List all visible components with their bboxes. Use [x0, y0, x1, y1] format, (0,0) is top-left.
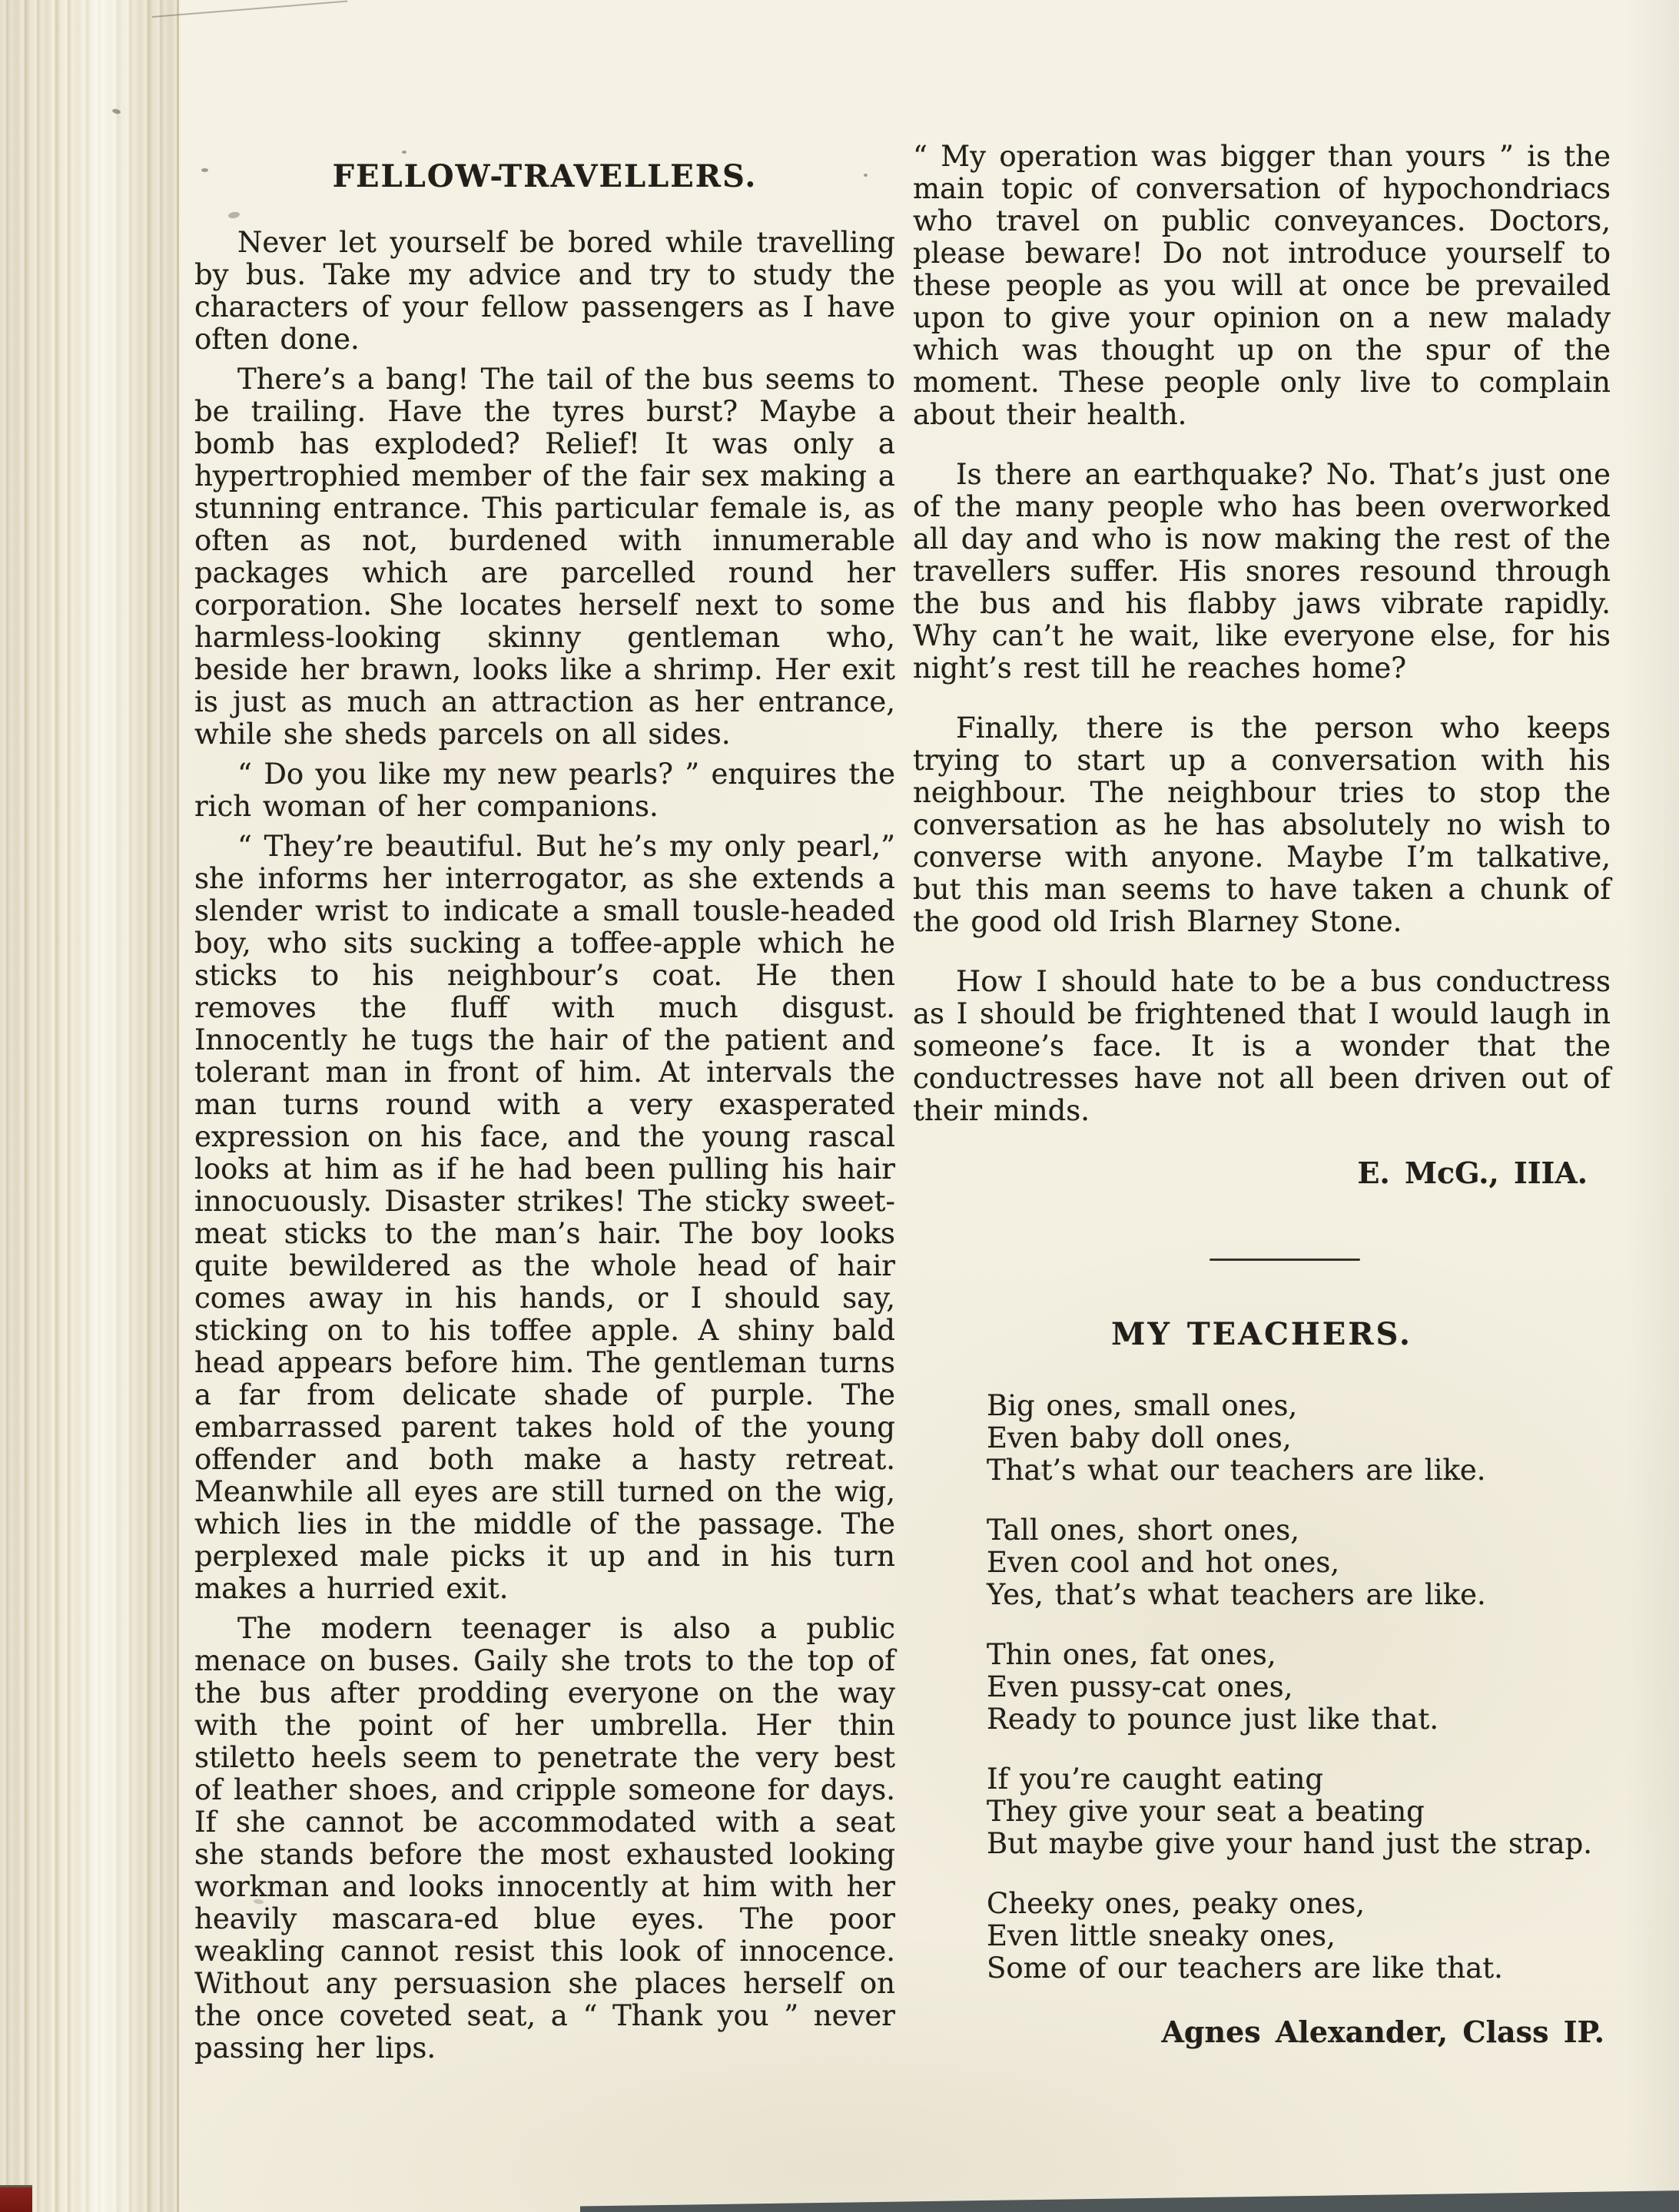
poem-line: That’s what our teachers are like.: [987, 1454, 1611, 1487]
column-right: “ My operation was bigger than yours ” i…: [913, 141, 1611, 1192]
article-paragraph: Finally, there is the person who keeps t…: [913, 712, 1611, 938]
table-surface-strip: [580, 2186, 1679, 2212]
poem-line: Ready to pounce just like that.: [987, 1703, 1611, 1736]
poem-line: Even pussy-cat ones,: [987, 1671, 1611, 1703]
page-right-shadow: [1625, 0, 1679, 2212]
poem-stanza: If you’re caught eating They give your s…: [987, 1763, 1611, 1860]
poem-stanza: Thin ones, fat ones, Even pussy-cat ones…: [987, 1639, 1611, 1736]
article-paragraph: The modern teenager is also a public men…: [194, 1613, 895, 2064]
book-cover-red-corner: [0, 2185, 32, 2212]
article-paragraph: Is there an earthquake? No. That’s just …: [913, 459, 1611, 685]
poem-line: Yes, that’s what teachers are like.: [987, 1579, 1611, 1611]
poem-signature: Agnes Alexander, Class IP.: [913, 2014, 1611, 2051]
poem-line: Cheeky ones, peaky ones,: [987, 1888, 1611, 1920]
poem-line: If you’re caught eating: [987, 1763, 1611, 1796]
column-left: FELLOW-TRAVELLERS. Never let yourself be…: [194, 158, 895, 2072]
poem-line: Some of our teachers are like that.: [987, 1952, 1611, 1985]
section-divider-rule: [1209, 1259, 1360, 1261]
poem-stanza: Tall ones, short ones, Even cool and hot…: [987, 1514, 1611, 1611]
article-paragraph: “ My operation was bigger than yours ” i…: [913, 141, 1611, 431]
poem-title-my-teachers: MY TEACHERS.: [913, 1316, 1611, 1353]
article-paragraph: There’s a bang! The tail of the bus seem…: [194, 363, 895, 751]
page-top-edge-line: [152, 1, 347, 18]
poem-line: Big ones, small ones,: [987, 1390, 1611, 1422]
magazine-page-scan: FELLOW-TRAVELLERS. Never let yourself be…: [0, 0, 1679, 2212]
article-title-fellow-travellers: FELLOW-TRAVELLERS.: [194, 158, 895, 196]
poem-line: But maybe give your hand just the strap.: [987, 1828, 1611, 1860]
poem-section: MY TEACHERS. Big ones, small ones, Even …: [913, 1259, 1611, 2051]
article-paragraph: “ They’re beautiful. But he’s my only pe…: [194, 831, 895, 1605]
ink-speck: [402, 151, 406, 154]
article-paragraph: Never let yourself be bored while travel…: [194, 227, 895, 356]
poem-line: They give your seat a beating: [987, 1796, 1611, 1828]
poem-line: Tall ones, short ones,: [987, 1514, 1611, 1547]
poem-line: Thin ones, fat ones,: [987, 1639, 1611, 1671]
binding-highlight: [68, 0, 144, 2212]
article-signature: E. McG., IIIA.: [913, 1155, 1611, 1192]
poem-stanza: Big ones, small ones, Even baby doll one…: [987, 1390, 1611, 1487]
poem-stanza: Cheeky ones, peaky ones, Even little sne…: [987, 1888, 1611, 1985]
poem-line: Even little sneaky ones,: [987, 1920, 1611, 1952]
poem-line: Even baby doll ones,: [987, 1422, 1611, 1454]
article-paragraph: How I should hate to be a bus conductres…: [913, 966, 1611, 1127]
poem-line: Even cool and hot ones,: [987, 1547, 1611, 1579]
article-paragraph: “ Do you like my new pearls? ” enquires …: [194, 758, 895, 823]
